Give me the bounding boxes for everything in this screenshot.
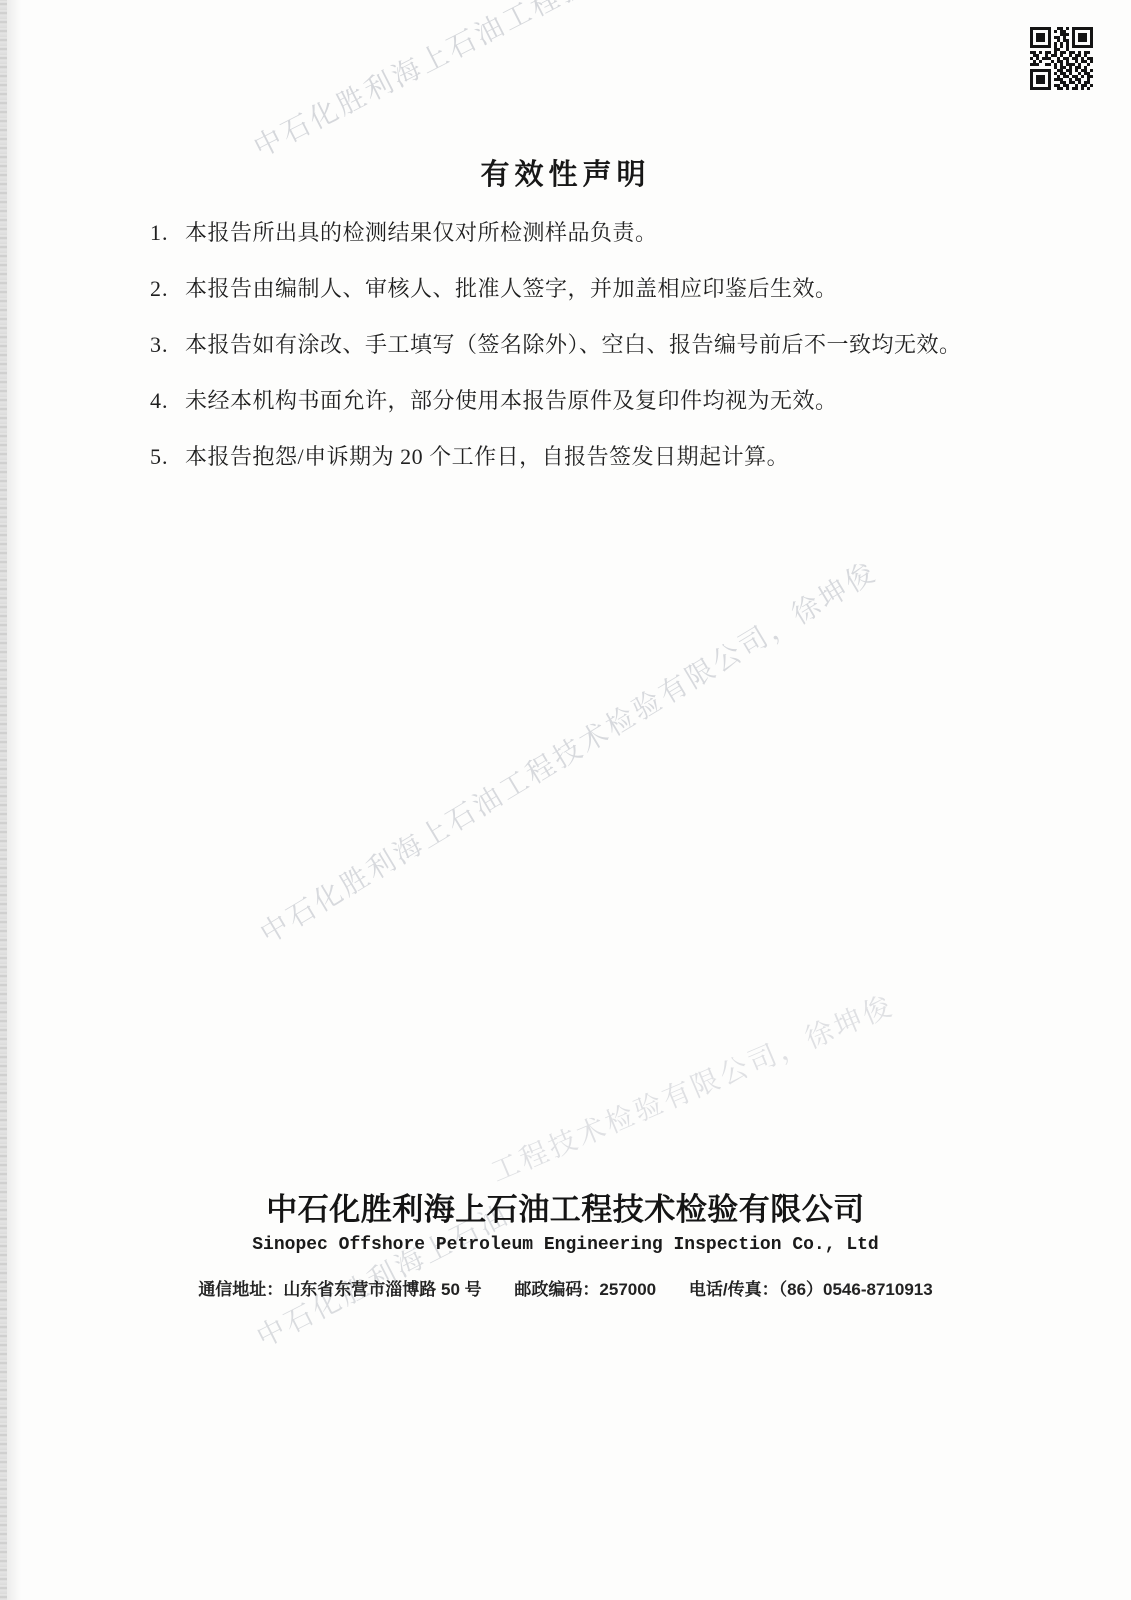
zip-value: 257000 [599,1280,656,1299]
statement-text: 本报告所出具的检测结果仅对所检测样品负责。 [185,221,990,244]
contact-zip: 邮政编码：257000 [514,1280,656,1299]
contact-address: 通信地址：山东省东营市淄博路 50 号 [198,1280,481,1299]
phone-value: （86）0546-8710913 [779,1280,933,1299]
zip-label: 邮政编码： [514,1280,599,1299]
statement-number: 1. [150,221,185,244]
statement-number: 5. [150,445,185,468]
watermark-top: 中石化胜利海上石油工程技术检验有限公司，徐坤俊 [246,0,899,166]
statement-item: 4. 未经本机构书面允许，部分使用本报告原件及复印件均视为无效。 [150,389,990,412]
contact-line: 通信地址：山东省东营市淄博路 50 号 邮政编码：257000 电话/传真：（8… [0,1275,1131,1300]
address-value: 山东省东营市淄博路 50 号 [283,1280,481,1299]
footer: 中石化胜利海上石油工程技术检验有限公司 Sinopec Offshore Pet… [0,1184,1131,1300]
statement-text: 本报告由编制人、审核人、批准人签字，并加盖相应印鉴后生效。 [185,277,990,300]
statement-number: 4. [150,389,185,412]
statement-text: 本报告抱怨/申诉期为 20 个工作日，自报告签发日期起计算。 [185,445,990,468]
qr-code [1030,27,1093,90]
page-title: 有效性声明 [0,152,1131,193]
statement-item: 3. 本报告如有涂改、手工填写（签名除外）、空白、报告编号前后不一致均无效。 [150,333,990,356]
address-label: 通信地址： [198,1280,283,1299]
statement-text: 本报告如有涂改、手工填写（签名除外）、空白、报告编号前后不一致均无效。 [185,333,990,356]
statement-text: 未经本机构书面允许，部分使用本报告原件及复印件均视为无效。 [185,389,990,412]
statement-list: 1. 本报告所出具的检测结果仅对所检测样品负责。 2. 本报告由编制人、审核人、… [150,221,990,501]
contact-phone: 电话/传真：（86）0546-8710913 [689,1280,933,1299]
statement-number: 2. [150,277,185,300]
scan-edge-artifact [0,0,7,1600]
document-page: 中石化胜利海上石油工程技术检验有限公司，徐坤俊 中石化胜利海上石油工程技术检验有… [0,0,1131,1600]
scan-edge-shadow [7,0,21,1600]
company-name-en: Sinopec Offshore Petroleum Engineering I… [0,1235,1131,1255]
company-name-cn: 中石化胜利海上石油工程技术检验有限公司 [0,1184,1131,1229]
statement-item: 1. 本报告所出具的检测结果仅对所检测样品负责。 [150,221,990,244]
statement-item: 5. 本报告抱怨/申诉期为 20 个工作日，自报告签发日期起计算。 [150,445,990,468]
phone-label: 电话/传真： [689,1280,779,1299]
statement-number: 3. [150,333,185,356]
watermark-middle: 中石化胜利海上石油工程技术检验有限公司，徐坤俊 [252,551,884,953]
watermark-lower: 工程技术检验有限公司，徐坤俊 [484,984,899,1190]
statement-item: 2. 本报告由编制人、审核人、批准人签字，并加盖相应印鉴后生效。 [150,277,990,300]
